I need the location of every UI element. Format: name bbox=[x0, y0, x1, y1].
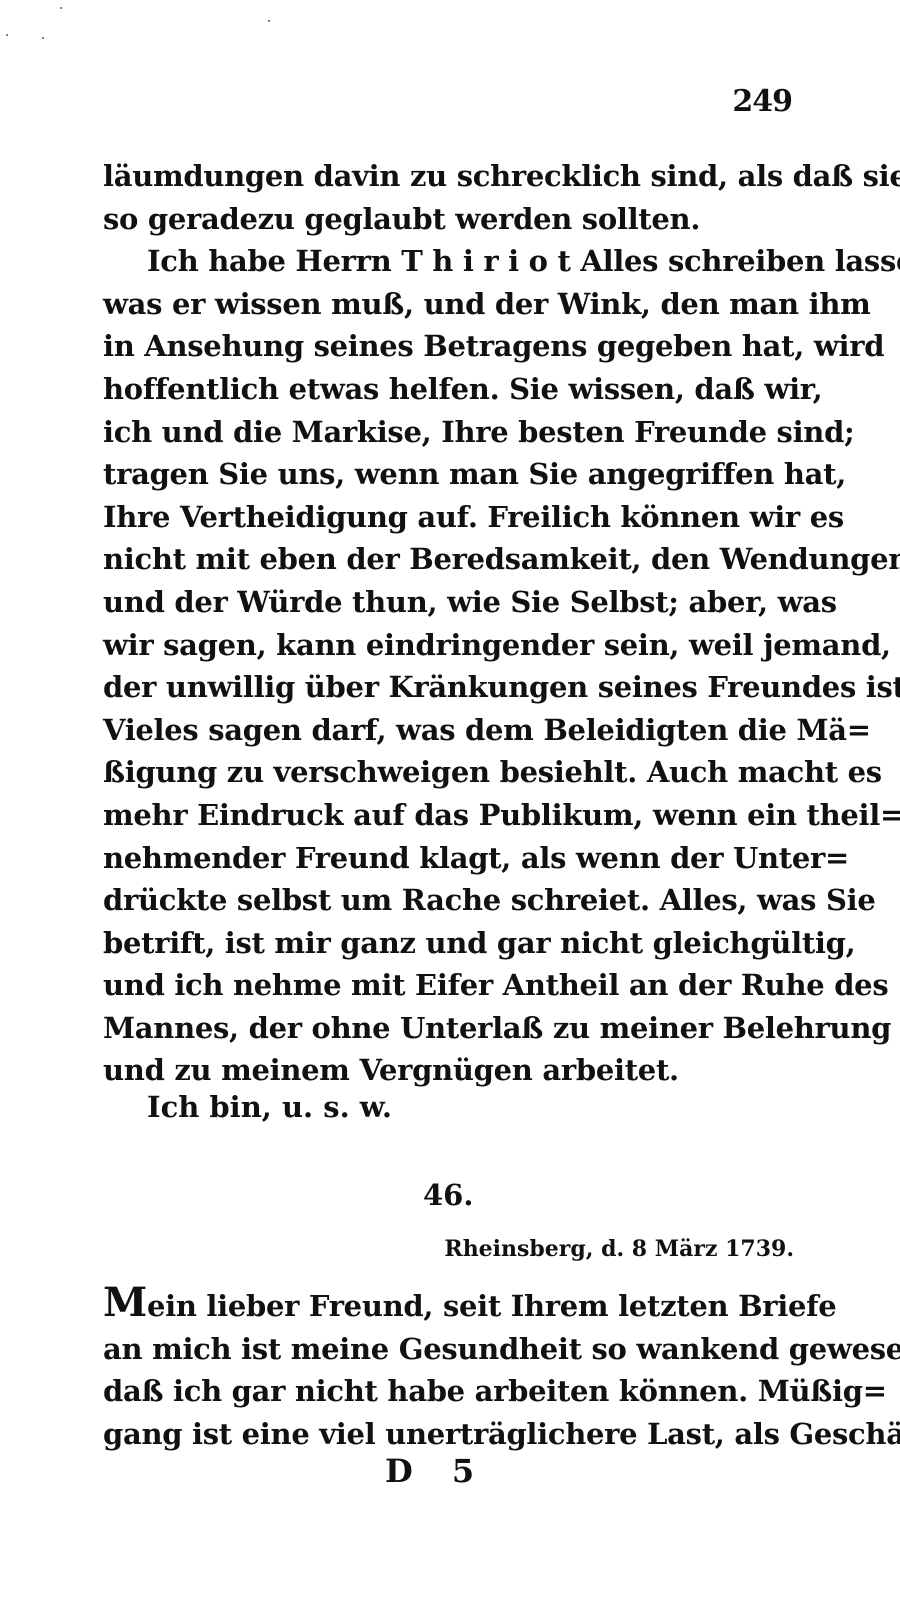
text-line: Vieles sagen darf, was dem Beleidigten d… bbox=[103, 709, 800, 752]
text-line: ich und die Markise, Ihre besten Freunde… bbox=[103, 411, 800, 454]
scan-speck bbox=[60, 7, 62, 9]
text-line: nehmender Freund klagt, als wenn der Unt… bbox=[103, 837, 800, 880]
text-line: gang ist eine viel unerträglichere Last,… bbox=[103, 1413, 800, 1456]
dateline: Rheinsberg, d. 8 März 1739. bbox=[444, 1236, 794, 1262]
text-line: betrift, ist mir ganz und gar nicht glei… bbox=[103, 922, 800, 965]
book-page: 249 läumdungen davin zu schrecklich sind… bbox=[0, 0, 900, 1622]
text-line: Ihre Vertheidigung auf. Freilich können … bbox=[103, 496, 800, 539]
scan-speck bbox=[268, 20, 270, 22]
text-line-with-dropcap: Mein lieber Freund, seit Ihrem letzten B… bbox=[103, 1285, 800, 1328]
text-line: in Ansehung seines Betragens gegeben hat… bbox=[103, 325, 800, 368]
text-line: an mich ist meine Gesundheit so wankend … bbox=[103, 1328, 800, 1371]
text-line: und ich nehme mit Eifer Antheil an der R… bbox=[103, 964, 800, 1007]
first-line-text: ein lieber Freund, seit Ihrem letzten Br… bbox=[147, 1289, 836, 1323]
closing-formula: Ich bin, u. s. w. bbox=[147, 1086, 392, 1128]
drop-cap: M bbox=[103, 1279, 147, 1326]
text-line: was er wissen muß, und der Wink, den man… bbox=[103, 283, 800, 326]
text-line: nicht mit eben der Beredsamkeit, den Wen… bbox=[103, 538, 800, 581]
scan-speck bbox=[6, 34, 8, 36]
text-line: läumdungen davin zu schrecklich sind, al… bbox=[103, 155, 800, 198]
text-line: tragen Sie uns, wenn man Sie angegriffen… bbox=[103, 453, 800, 496]
text-line: daß ich gar nicht habe arbeiten können. … bbox=[103, 1370, 800, 1413]
text-line: Mannes, der ohne Unterlaß zu meiner Bele… bbox=[103, 1007, 800, 1050]
text-line: so geradezu geglaubt werden sollten. bbox=[103, 198, 800, 241]
text-line: der unwillig über Kränkungen seines Freu… bbox=[103, 666, 800, 709]
page-number: 249 bbox=[732, 84, 792, 119]
letter-number: 46. bbox=[423, 1178, 473, 1212]
text-line: wir sagen, kann eindringender sein, weil… bbox=[103, 624, 800, 667]
text-line: hoffentlich etwas helfen. Sie wissen, da… bbox=[103, 368, 800, 411]
text-line: drückte selbst um Rache schreiet. Alles,… bbox=[103, 879, 800, 922]
text-line: mehr Eindruck auf das Publikum, wenn ein… bbox=[103, 794, 800, 837]
paragraph-first-line: Ich habe Herrn T h i r i o t Alles schre… bbox=[103, 240, 800, 283]
letter-body: läumdungen davin zu schrecklich sind, al… bbox=[103, 155, 800, 1092]
next-letter-body: Mein lieber Freund, seit Ihrem letzten B… bbox=[103, 1285, 800, 1455]
signature-mark: D 5 bbox=[385, 1452, 488, 1490]
scan-speck bbox=[42, 37, 44, 39]
text-line: ßigung zu verschweigen besiehlt. Auch ma… bbox=[103, 751, 800, 794]
text-line: und der Würde thun, wie Sie Selbst; aber… bbox=[103, 581, 800, 624]
